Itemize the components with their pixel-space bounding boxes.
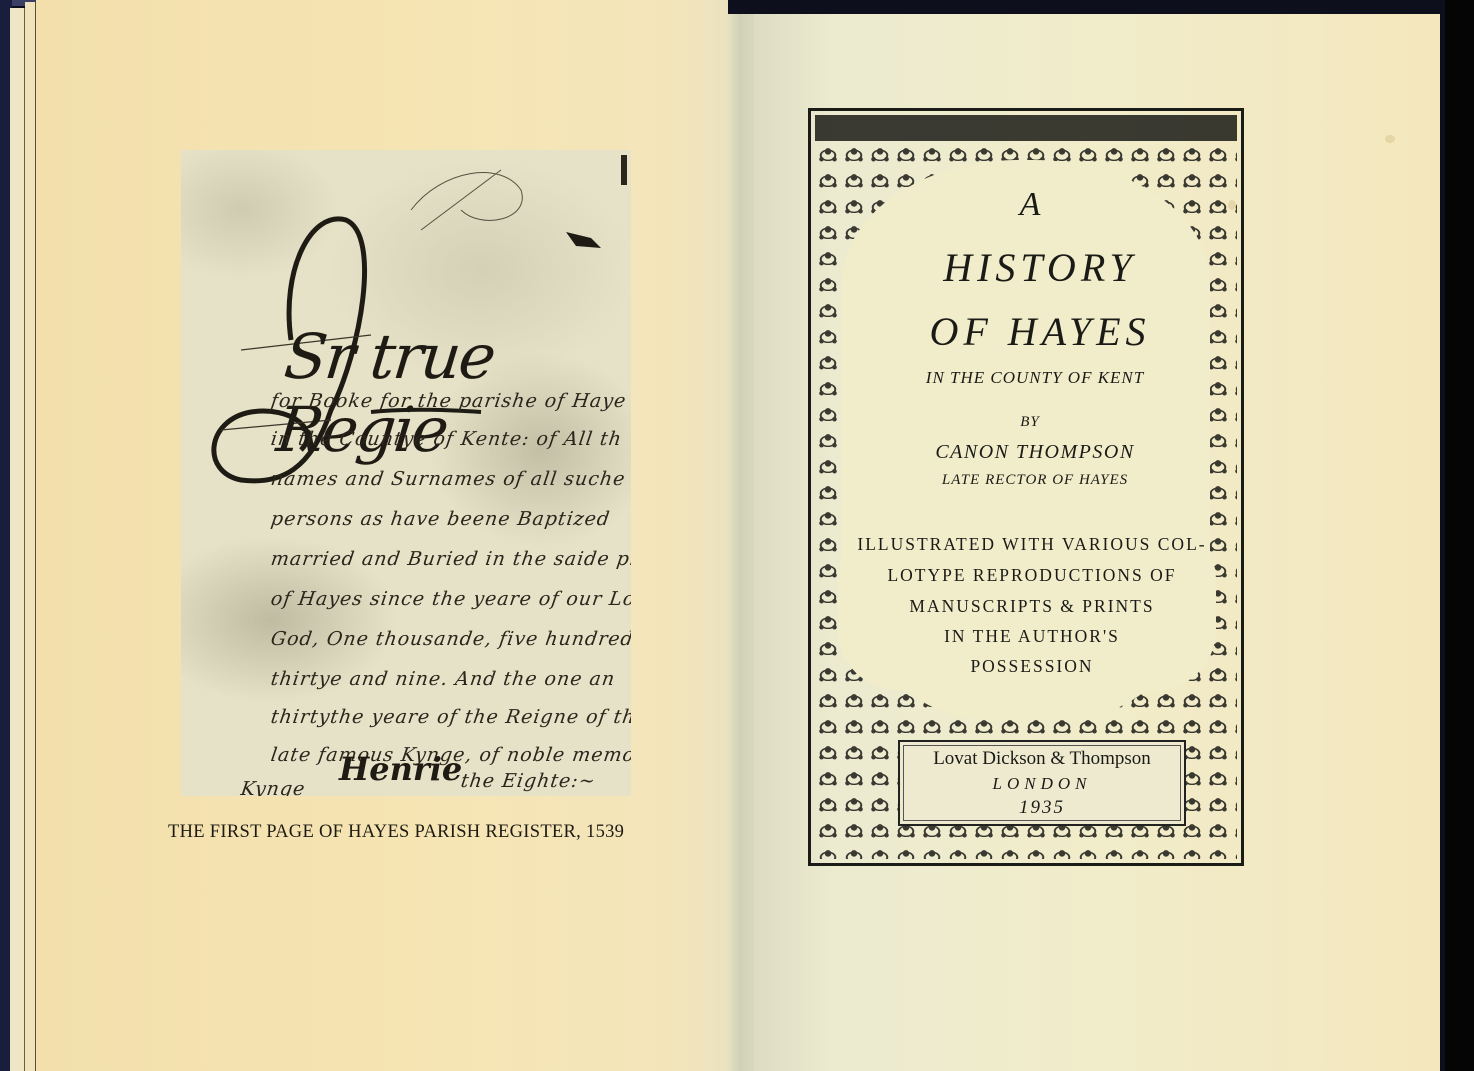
handwritten-line: in the Countye of Kente: of All th (269, 428, 623, 450)
foxing-spot (1228, 200, 1236, 210)
handwritten-line: for Booke for the parishe of Haye (269, 390, 627, 412)
illustrations-note-line: LOTYPE REPRODUCTIONS OF (846, 565, 1218, 586)
foxing-spot (1385, 135, 1395, 143)
handwritten-line: names and Surnames of all suche (269, 468, 627, 490)
page-edge (10, 8, 25, 1071)
page-edge (25, 2, 36, 1071)
book-cover-right (1445, 0, 1474, 1071)
subtitle: IN THE COUNTY OF KENT (860, 368, 1210, 388)
handwritten-line: Kynge (239, 778, 306, 796)
henrie-signature: Henrie (339, 750, 462, 788)
handwritten-line: the Eighte:~ (459, 770, 597, 792)
publisher-name: Lovat Dickson & Thompson (900, 748, 1184, 770)
title-line-1: HISTORY (860, 244, 1220, 291)
title-article: A (1010, 186, 1050, 224)
illustrations-note-line: POSSESSION (846, 656, 1218, 677)
by-line: BY (1000, 414, 1060, 431)
handwritten-line: God, One thousande, five hundred (269, 628, 631, 650)
parish-register-facsimile: Sr true Regie for Booke for the parishe … (181, 150, 631, 796)
publication-year: 1935 (900, 797, 1184, 819)
title-line-2: OF HAYES (860, 308, 1220, 355)
handwritten-line: of Hayes since the yeare of our Lor (269, 588, 631, 610)
author-role: LATE RECTOR OF HAYES (860, 472, 1210, 489)
handwritten-line: married and Buried in the saide pish (269, 548, 631, 570)
book-gutter (728, 14, 754, 1071)
illustrations-note-line: MANUSCRIPTS & PRINTS (846, 596, 1218, 617)
handwritten-line: thirtythe yeare of the Reigne of th (269, 706, 631, 728)
illustrations-note-line: IN THE AUTHOR'S (846, 626, 1218, 647)
author-name: CANON THOMPSON (860, 441, 1210, 464)
handwritten-line: thirtye and nine. And the one an (269, 668, 616, 690)
handwritten-line: persons as have beene Baptized (269, 508, 611, 530)
publisher-city: LONDON (900, 774, 1184, 794)
plate-caption: THE FIRST PAGE OF HAYES PARISH REGISTER,… (168, 822, 648, 843)
illustrations-note-line: ILLUSTRATED WITH VARIOUS COL- (846, 534, 1218, 555)
